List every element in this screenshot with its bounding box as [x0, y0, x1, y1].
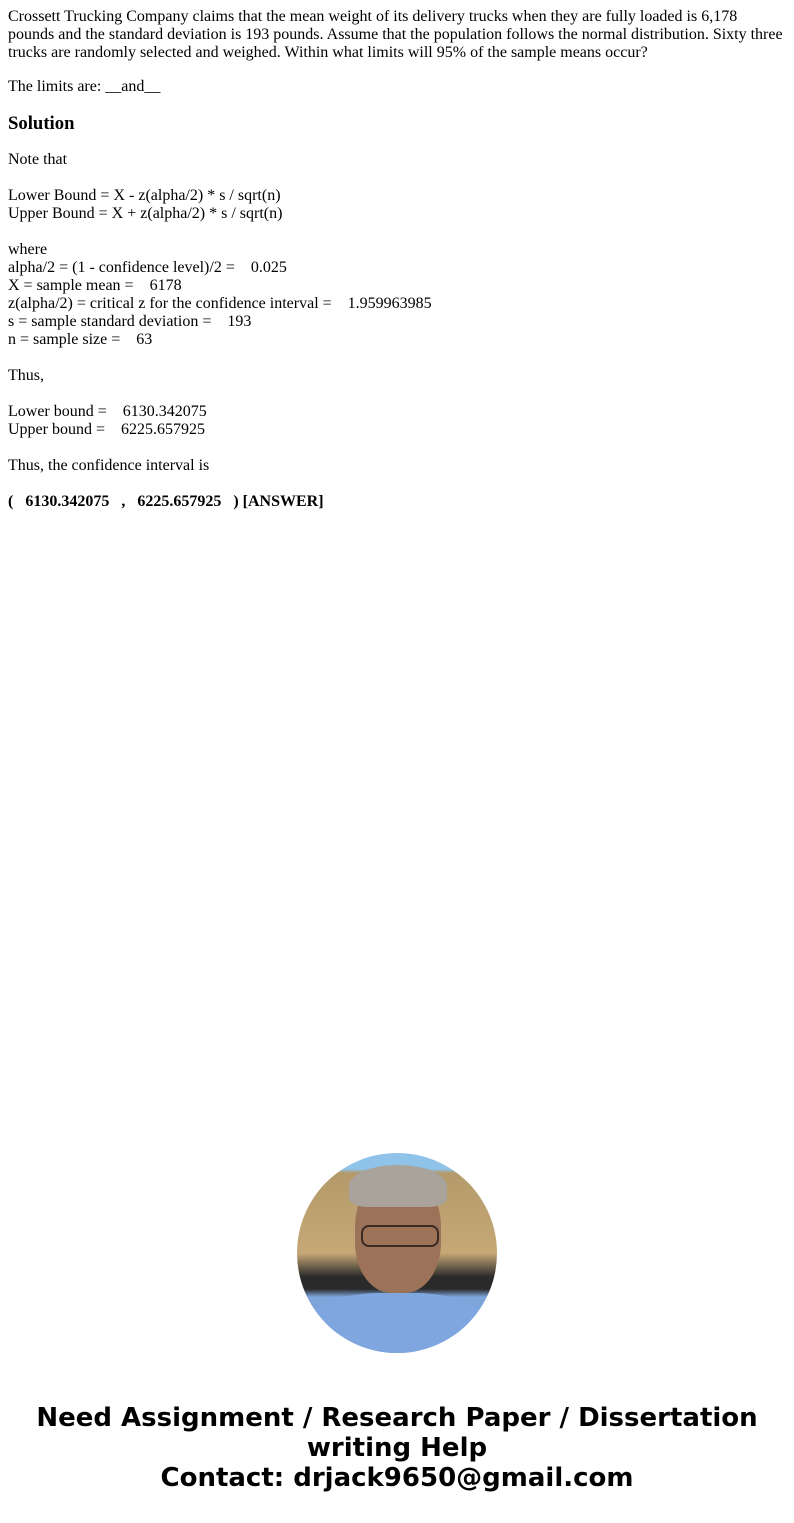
promo-line-1: Need Assignment / Research Paper / Disse… [0, 1403, 794, 1433]
author-avatar [297, 1153, 497, 1353]
avatar-glasses [361, 1225, 439, 1247]
answer-line: ( 6130.342075 , 6225.657925 ) [ANSWER] [8, 493, 786, 511]
solution-line [8, 385, 786, 403]
solution-line: alpha/2 = (1 - confidence level)/2 = 0.0… [8, 259, 786, 277]
solution-line [8, 349, 786, 367]
solution-line: Thus, [8, 367, 786, 385]
solution-body: Note thatLower Bound = X - z(alpha/2) * … [8, 151, 786, 493]
solution-line: Thus, the confidence interval is [8, 457, 786, 475]
solution-line: z(alpha/2) = critical z for the confiden… [8, 295, 786, 313]
solution-line: s = sample standard deviation = 193 [8, 313, 786, 331]
solution-line: where [8, 241, 786, 259]
solution-line: Upper bound = 6225.657925 [8, 421, 786, 439]
solution-line [8, 439, 786, 457]
solution-heading: Solution [8, 113, 786, 135]
solution-line [8, 169, 786, 187]
solution-line: Lower Bound = X - z(alpha/2) * s / sqrt(… [8, 187, 786, 205]
solution-line: Upper Bound = X + z(alpha/2) * s / sqrt(… [8, 205, 786, 223]
promo-contact: Contact: drjack9650@gmail.com [0, 1463, 794, 1493]
solution-line: X = sample mean = 6178 [8, 277, 786, 295]
solution-line [8, 223, 786, 241]
avatar-shirt [307, 1293, 487, 1353]
question-text: Crossett Trucking Company claims that th… [8, 8, 786, 62]
promo-line-2: writing Help [0, 1433, 794, 1463]
document-body: Crossett Trucking Company claims that th… [8, 8, 786, 511]
solution-line: n = sample size = 63 [8, 331, 786, 349]
promo-banner: Need Assignment / Research Paper / Disse… [0, 1403, 794, 1493]
solution-line [8, 475, 786, 493]
solution-line: Lower bound = 6130.342075 [8, 403, 786, 421]
limits-prompt: The limits are: __and__ [8, 78, 786, 96]
avatar-hair [349, 1165, 447, 1207]
solution-line: Note that [8, 151, 786, 169]
